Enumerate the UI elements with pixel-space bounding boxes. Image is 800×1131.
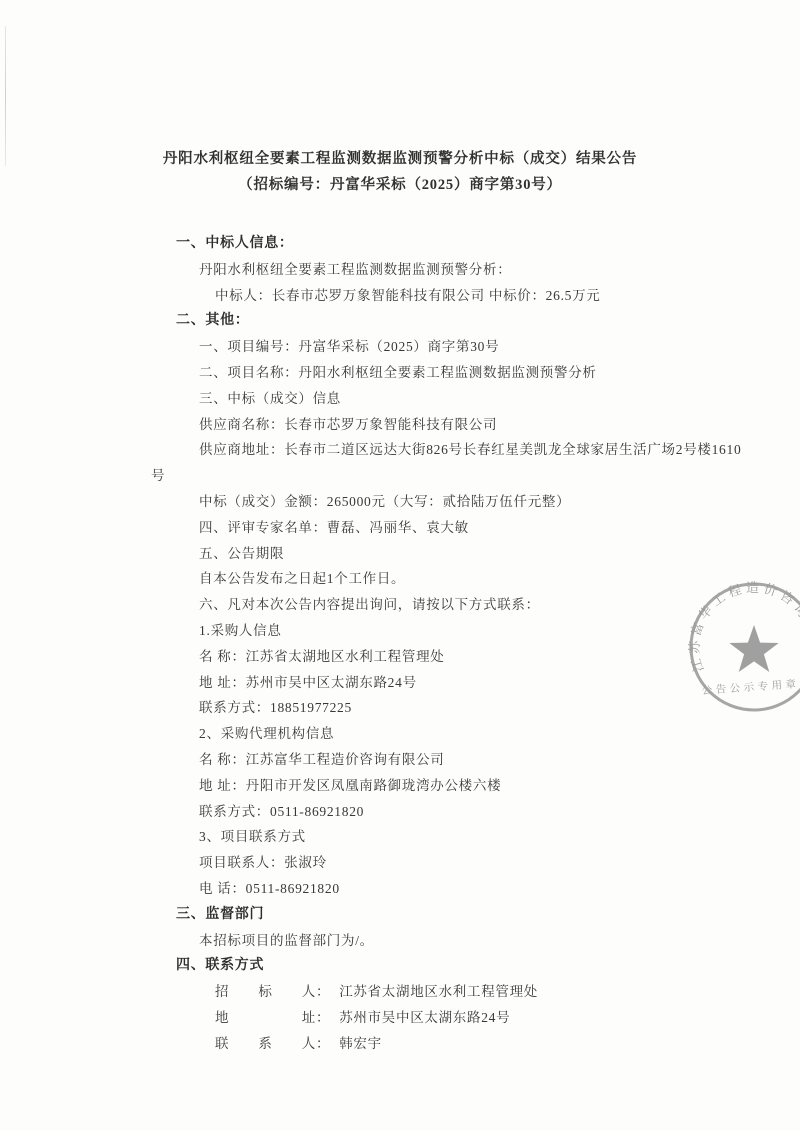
contact-value: 江苏省太湖地区水利工程管理处 <box>339 979 538 1005</box>
seal-star-icon <box>729 625 778 672</box>
paragraph-announcement-period-heading: 五、公告期限 <box>0 541 800 567</box>
contact-value: 韩宏宇 <box>339 1031 382 1057</box>
contact-colon: ： <box>316 979 330 1005</box>
paragraph-project-contact-phone: 电 话：0511-86921820 <box>0 876 800 902</box>
section-heading-contact: 四、联系方式 <box>0 953 800 979</box>
paragraph-project-title: 二、项目名称：丹阳水利枢纽全要素工程监测数据监测预警分析 <box>0 360 800 386</box>
paragraph-supplier-name: 供应商名称：长春市芯罗万象智能科技有限公司 <box>0 412 800 438</box>
contact-label: 招标人 <box>215 979 316 1005</box>
section-heading-winner-info: 一、中标人信息： <box>0 231 800 257</box>
document-title: 丹阳水利枢纽全要素工程监测数据监测预警分析中标（成交）结果公告 <box>0 146 800 172</box>
contact-label: 联系人 <box>215 1031 316 1057</box>
paragraph-supervision-dept: 本招标项目的监督部门为/。 <box>0 928 800 954</box>
company-seal-stamp: 江苏富华工程造价咨询有限公司 公告公示专用章 <box>678 575 800 745</box>
seal-bottom-text: 公告公示专用章 <box>701 677 800 697</box>
document-title-block: 丹阳水利枢纽全要素工程监测数据监测预警分析中标（成交）结果公告 （招标编号：丹富… <box>0 0 800 198</box>
paragraph-expert-list: 四、评审专家名单：曹磊、冯丽华、袁大敏 <box>0 515 800 541</box>
contact-value: 苏州市吴中区太湖东路24号 <box>339 1005 510 1031</box>
section-heading-other: 二、其他： <box>0 308 800 334</box>
paragraph-award-info-heading: 三、中标（成交）信息 <box>0 386 800 412</box>
paragraph-supplier-address-continuation: 号 <box>0 463 800 489</box>
paragraph-project-name-line: 丹阳水利枢纽全要素工程监测数据监测预警分析： <box>0 257 800 283</box>
paragraph-agency-address: 地 址：丹阳市开发区凤凰南路御珑湾办公楼六楼 <box>0 773 800 799</box>
scan-artifact-line <box>5 26 6 166</box>
paragraph-project-contact-person: 项目联系人：张淑玲 <box>0 850 800 876</box>
document-subtitle-tender-number: （招标编号：丹富华采标（2025）商字第30号） <box>0 172 800 198</box>
paragraph-agency-phone: 联系方式：0511-86921820 <box>0 799 800 825</box>
contact-row-address: 地址：苏州市吴中区太湖东路24号 <box>0 1005 800 1031</box>
paragraph-supplier-address: 供应商地址：长春市二道区远达大街826号长春红星美凯龙全球家居生活广场2号楼16… <box>0 437 800 463</box>
paragraph-project-contact-heading: 3、项目联系方式 <box>0 824 800 850</box>
contact-colon: ： <box>316 1005 330 1031</box>
contact-colon: ： <box>316 1031 330 1057</box>
paragraph-award-amount: 中标（成交）金额：265000元（大写：贰拾陆万伍仟元整） <box>0 489 800 515</box>
scanned-announcement-page: 丹阳水利枢纽全要素工程监测数据监测预警分析中标（成交）结果公告 （招标编号：丹富… <box>0 0 800 1131</box>
contact-row-person: 联系人：韩宏宇 <box>0 1031 800 1057</box>
section-heading-supervision: 三、监督部门 <box>0 902 800 928</box>
contact-label: 地址 <box>215 1005 316 1031</box>
paragraph-winner-and-price: 中标人：长春市芯罗万象智能科技有限公司 中标价：26.5万元 <box>0 283 800 309</box>
paragraph-project-number: 一、项目编号：丹富华采标（2025）商字第30号 <box>0 334 800 360</box>
paragraph-agency-name: 名 称：江苏富华工程造价咨询有限公司 <box>0 747 800 773</box>
contact-row-tenderer: 招标人：江苏省太湖地区水利工程管理处 <box>0 979 800 1005</box>
